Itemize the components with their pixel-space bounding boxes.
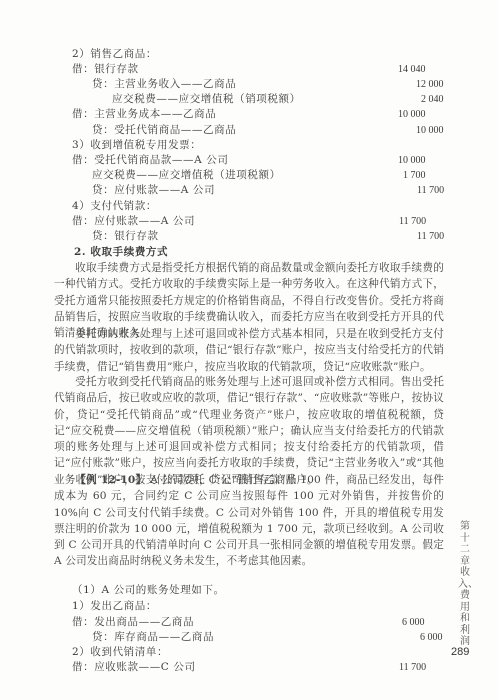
journal-line: 贷：库存商品——乙商品 [92, 631, 214, 644]
journal-line: 借：发出商品——乙商品 [72, 616, 194, 629]
journal-line: 应交税费——应交增值税（进项税额） [92, 169, 281, 182]
example-label: 【例 12-10】 [75, 474, 146, 486]
journal-line: 贷：受托代销商品——乙商品 [92, 124, 236, 137]
section-heading: 2. 收取手续费方式 [74, 246, 168, 259]
debit-amount: 10 000 [398, 154, 426, 167]
journal-line: 贷：应付账款——A 公司 [92, 184, 215, 197]
textbook-page: 2）销售乙商品： 借：银行存款 14 040 贷：主营业务收入——乙商品 12 … [0, 0, 498, 700]
paragraph: 委托方的账务处理与上述可退回或补偿方式基本相同，只是在收到受托方支付的代销款项时… [54, 326, 444, 375]
credit-amount: 11 700 [417, 230, 444, 243]
credit-amount: 10 000 [416, 124, 444, 137]
journal-line: 贷：银行存款 [92, 230, 159, 243]
journal-line: 借：受托代销商品款——A 公司 [72, 154, 228, 167]
journal-line: 1）发出乙商品： [72, 600, 157, 613]
debit-amount: 11 700 [399, 215, 426, 228]
journal-line: 应交税费——应交增值税（销项税额） [112, 93, 301, 106]
journal-line: 借：银行存款 [72, 63, 139, 76]
journal-line: 借：应付账款——A 公司 [72, 215, 195, 228]
journal-line: 贷：主营业务收入——乙商品 [92, 78, 236, 91]
paragraph-text: 受托方收到受托代销商品的账务处理与上述可退回或补偿方式相同。售出受托代销商品后，… [54, 376, 444, 486]
debit-amount: 6 000 [402, 616, 425, 629]
debit-amount: 11 700 [399, 661, 426, 674]
debit-amount: 10 000 [398, 108, 426, 121]
example-block: 【例 12-10】 A 公司委托 C 公司销售乙商品 100 件，商品已经发出，… [54, 472, 444, 570]
credit-amount: 12 000 [416, 78, 444, 91]
example-text: A 公司委托 C 公司销售乙商品 100 件，商品已经发出，每件成本为 60 元… [54, 474, 444, 567]
page-number: 289 [451, 646, 469, 658]
journal-line: 2）销售乙商品： [72, 48, 157, 61]
journal-line: 2）收到代销清单： [72, 646, 168, 659]
credit-amount: 11 700 [417, 184, 444, 197]
journal-line: 4）支付代销款： [72, 200, 157, 213]
credit-amount: 2 040 [421, 93, 444, 106]
debit-amount: 1 700 [403, 169, 426, 182]
credit-amount: 6 000 [420, 631, 443, 644]
paragraph-text: 委托方的账务处理与上述可退回或补偿方式基本相同，只是在收到受托方支付的代销款项时… [54, 328, 444, 373]
sub-heading: （1）A 公司的账务处理如下。 [72, 584, 225, 597]
journal-line: 借：主营业务成本——乙商品 [72, 108, 216, 121]
journal-line: 3）收到增值税专用发票： [72, 139, 201, 152]
journal-line: 借：应收账款——C 公司 [72, 661, 196, 674]
debit-amount: 14 040 [398, 63, 426, 76]
paragraph: 受托方收到受托代销商品的账务处理与上述可退回或补偿方式相同。售出受托代销商品后，… [54, 374, 444, 488]
chapter-side-tab: 第十二章 收入、费用和利润 [458, 521, 472, 648]
